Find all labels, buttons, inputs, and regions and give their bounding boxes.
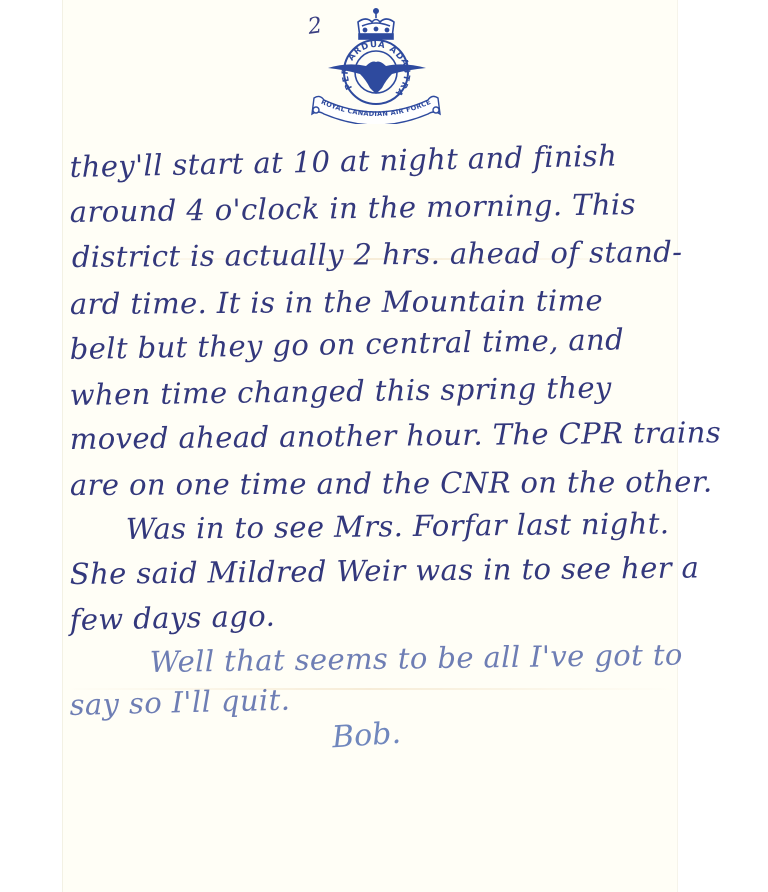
letter-line: She said Mildred Weir was in to see her … xyxy=(70,550,700,591)
letter-line: ard time. It is in the Mountain time xyxy=(70,283,603,321)
letter-line: Was in to see Mrs. Forfar last night. xyxy=(126,506,670,546)
letter-line: are on one time and the CNR on the other… xyxy=(70,465,713,502)
letter-line: say so I'll quit. xyxy=(69,683,290,722)
letter-line: few days ago. xyxy=(69,599,275,637)
signature: Bob. xyxy=(331,716,402,756)
crown-icon xyxy=(358,9,394,39)
letter-line: district is actually 2 hrs. ahead of sta… xyxy=(72,235,683,274)
rcaf-crest-letterhead: ARDUA AD PER ASTRA ROYAL CANADIAN AIR FO… xyxy=(308,4,444,124)
letter-line: moved ahead another hour. The CPR trains xyxy=(70,415,722,456)
